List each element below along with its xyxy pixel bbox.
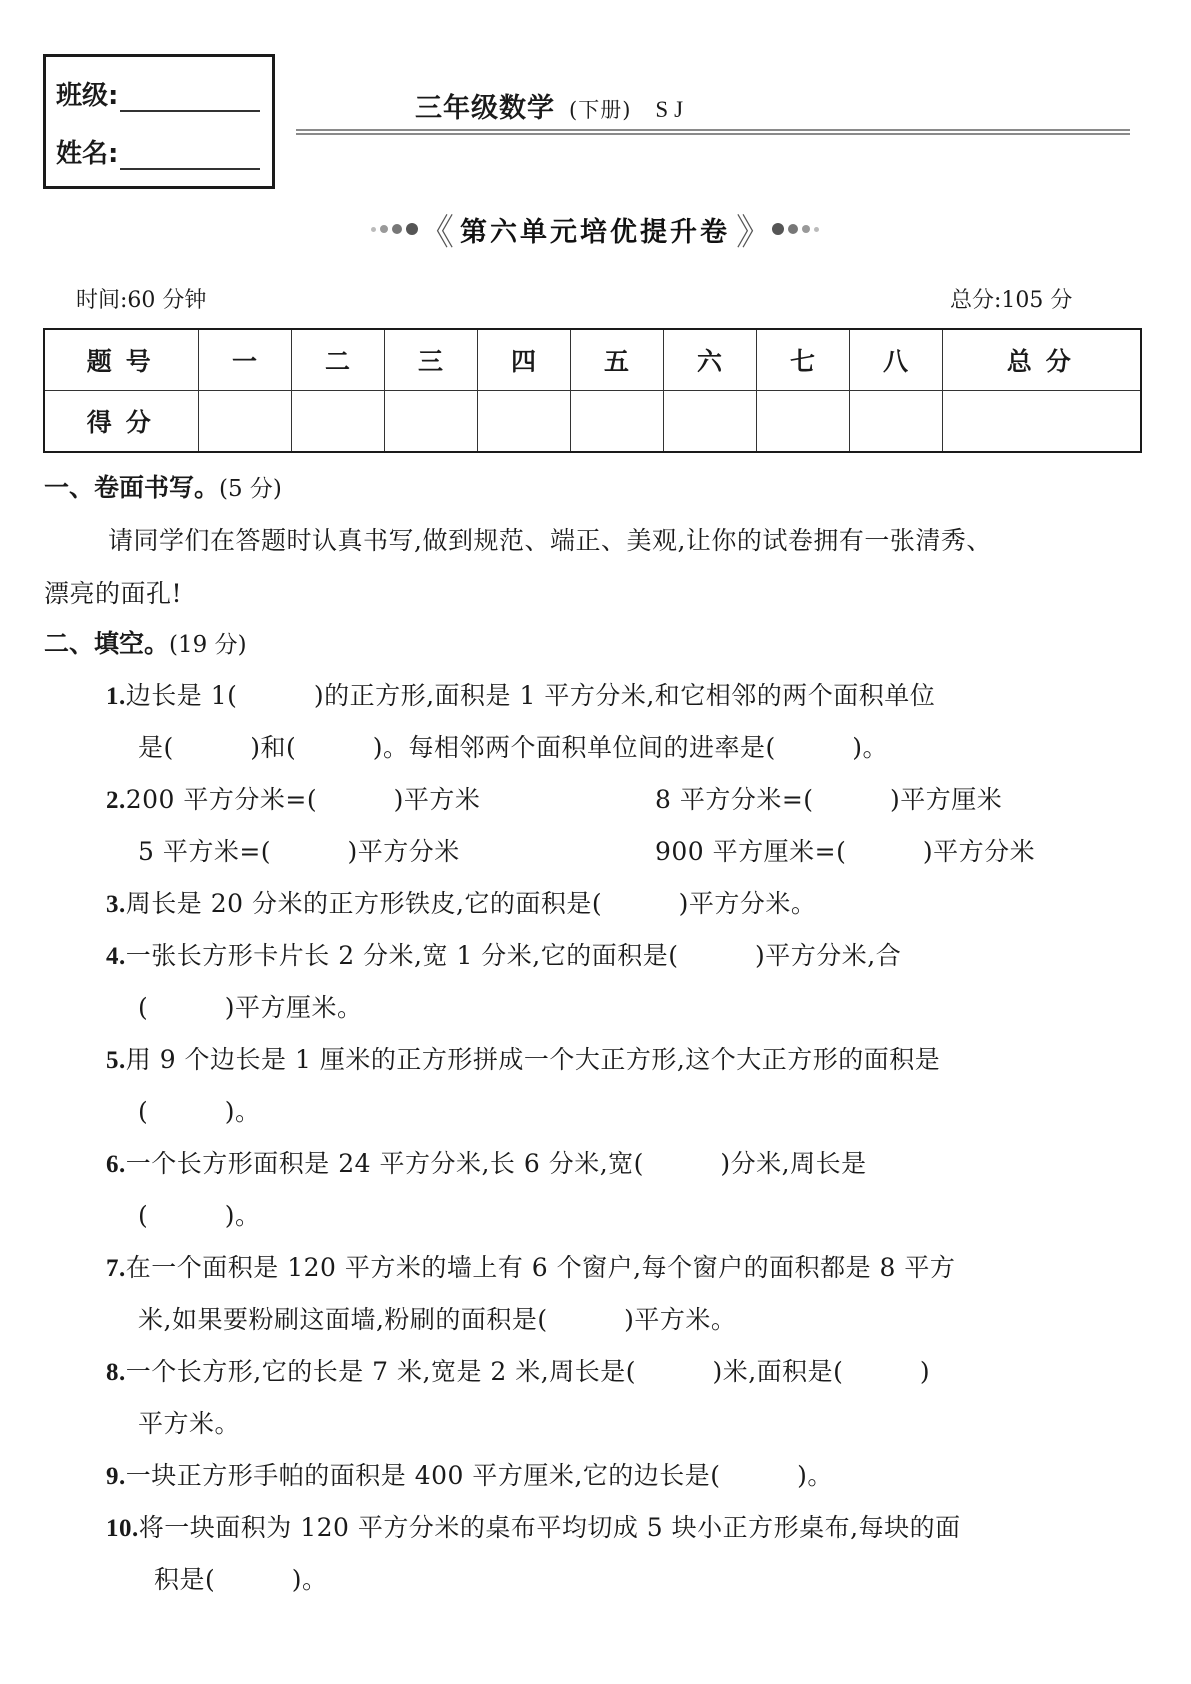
- section-2-heading: 二、填空。(19 分): [44, 624, 247, 660]
- question-7: 7.在一个面积是 120 平方米的墙上有 6 个窗户,每个窗户的面积都是 8 平…: [106, 1248, 955, 1284]
- section-1-instruction-line-2: 漂亮的面孔!: [44, 574, 182, 610]
- score-cell[interactable]: [849, 391, 942, 453]
- question-9[interactable]: 9.一块正方形手帕的面积是 400 平方厘米,它的边长是( )。: [106, 1456, 833, 1492]
- subject-title: 三年级数学: [415, 93, 555, 124]
- section-1-instruction-line-1: 请同学们在答题时认真书写,做到规范、端正、美观,让你的试卷拥有一张清秀、: [108, 521, 992, 557]
- question-8-line-2: 平方米。: [138, 1404, 240, 1440]
- time-limit: 时间:60 分钟: [76, 283, 206, 314]
- question-1: 1.边长是 1( )的正方形,面积是 1 平方分米,和它相邻的两个面积单位: [106, 676, 935, 712]
- student-info-box: 班级: 姓名:: [43, 54, 275, 189]
- volume-label: (下册): [569, 98, 631, 122]
- left-swirl-bracket-icon: 《: [418, 204, 454, 255]
- header-cell: 二: [291, 329, 384, 391]
- dots-right-decoration-icon: [772, 223, 819, 235]
- class-blank-line[interactable]: [120, 84, 260, 112]
- score-cell[interactable]: [756, 391, 849, 453]
- question-10: 10.将一块面积为 120 平方分米的桌布平均切成 5 块小正方形桌布,每块的面: [106, 1508, 961, 1544]
- header-cell: 七: [756, 329, 849, 391]
- question-8[interactable]: 8.一个长方形,它的长是 7 米,宽是 2 米,周长是( )米,面积是( ): [106, 1352, 930, 1388]
- question-4-line-2[interactable]: ( )平方厘米。: [138, 988, 363, 1024]
- unit-title: 第六单元培优提升卷: [460, 210, 730, 249]
- header-double-rule: [296, 129, 1130, 135]
- unit-banner: 《 第六单元培优提升卷 》: [350, 204, 840, 254]
- score-cell[interactable]: [570, 391, 663, 453]
- header-cell: 六: [663, 329, 756, 391]
- score-cell[interactable]: [384, 391, 477, 453]
- question-2c[interactable]: 5 平方米=( )平方分米: [138, 832, 460, 868]
- header-cell: 三: [384, 329, 477, 391]
- question-2b[interactable]: 8 平方分米=( )平方厘米: [655, 780, 1002, 816]
- score-cell[interactable]: [477, 391, 570, 453]
- question-6[interactable]: 6.一个长方形面积是 24 平方分米,长 6 分米,宽( )分米,周长是: [106, 1144, 867, 1180]
- header-cell: 五: [570, 329, 663, 391]
- class-field[interactable]: 班级:: [56, 75, 260, 112]
- score-row-label: 得分: [44, 391, 198, 453]
- question-1-line-2[interactable]: 是( )和( )。每相邻两个面积单位间的进率是( )。: [138, 728, 888, 764]
- score-cell[interactable]: [198, 391, 291, 453]
- score-cell[interactable]: [663, 391, 756, 453]
- class-label: 班级:: [56, 75, 118, 112]
- name-field[interactable]: 姓名:: [56, 133, 260, 170]
- score-table: 题号 一 二 三 四 五 六 七 八 总分 得分: [43, 328, 1142, 453]
- question-5: 5.用 9 个边长是 1 厘米的正方形拼成一个大正方形,这个大正方形的面积是: [106, 1040, 940, 1076]
- section-1-heading: 一、卷面书写。(5 分): [44, 468, 282, 504]
- header-cell: 题号: [44, 329, 198, 391]
- header-cell: 一: [198, 329, 291, 391]
- score-cell-total[interactable]: [942, 391, 1141, 453]
- page-header-title: 三年级数学(下册)SJ: [415, 86, 689, 125]
- right-swirl-bracket-icon: 》: [736, 204, 772, 255]
- table-score-row: 得分: [44, 391, 1141, 453]
- dots-left-decoration-icon: [371, 223, 418, 235]
- question-2a[interactable]: 2.200 平方分米=( )平方米: [106, 780, 480, 816]
- total-score: 总分:105 分: [950, 283, 1072, 314]
- question-3[interactable]: 3.周长是 20 分米的正方形铁皮,它的面积是( )平方分米。: [106, 884, 816, 920]
- question-2d[interactable]: 900 平方厘米=( )平方分米: [655, 832, 1035, 868]
- header-cell: 总分: [942, 329, 1141, 391]
- question-4[interactable]: 4.一张长方形卡片长 2 分米,宽 1 分米,它的面积是( )平方分米,合: [106, 936, 901, 972]
- header-cell: 四: [477, 329, 570, 391]
- name-label: 姓名:: [56, 133, 118, 170]
- edition-label: SJ: [655, 97, 689, 122]
- question-6-line-2[interactable]: ( )。: [138, 1196, 261, 1232]
- question-5-line-2[interactable]: ( )。: [138, 1092, 261, 1128]
- table-header-row: 题号 一 二 三 四 五 六 七 八 总分: [44, 329, 1141, 391]
- question-7-line-2[interactable]: 米,如果要粉刷这面墙,粉刷的面积是( )平方米。: [138, 1300, 736, 1336]
- question-10-line-2[interactable]: 积是( )。: [154, 1560, 328, 1596]
- header-cell: 八: [849, 329, 942, 391]
- score-cell[interactable]: [291, 391, 384, 453]
- name-blank-line[interactable]: [120, 142, 260, 170]
